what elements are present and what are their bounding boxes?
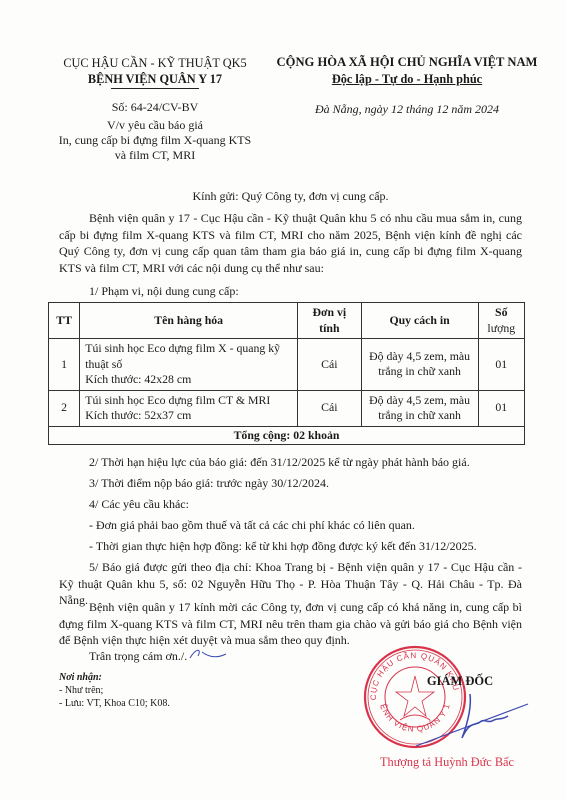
issuing-unit: BỆNH VIỆN QUÂN Y 17 xyxy=(30,71,280,87)
cell-name: Túi sinh học Eco dựng film X - quang kỹ … xyxy=(80,339,298,391)
subject-line: In, cung cấp bi đựng film X-quang KTS xyxy=(30,133,280,148)
recipients-block: Nơi nhận: - Như trên; - Lưu: VT, Khoa C1… xyxy=(59,671,170,710)
col-header-spec: Quy cách in xyxy=(361,303,478,339)
section-4-item: - Thời gian thực hiện hợp đồng: kể từ kh… xyxy=(59,538,522,555)
handwritten-signature-icon xyxy=(410,690,530,750)
document-page: CỤC HẬU CẦN - KỸ THUẬT QK5 BỆNH VIỆN QUÂ… xyxy=(0,0,566,800)
signature-block: CỤC HẬU CẦN QUÂN KHU 5 BỆNH VIỆN QUÂN Y … xyxy=(360,660,530,780)
issuer-header: CỤC HẬU CẦN - KỸ THUẬT QK5 BỆNH VIỆN QUÂ… xyxy=(30,55,280,163)
document-subject: V/v yêu cầu báo giá In, cung cấp bi đựng… xyxy=(30,118,280,163)
col-header-qty: Số lượng xyxy=(478,303,524,339)
section-4-heading: 4/ Các yêu cầu khác: xyxy=(59,496,522,513)
section-3: 3/ Thời điểm nộp báo giá: trước ngày 30/… xyxy=(59,475,522,492)
recipients-title: Nơi nhận: xyxy=(59,671,170,684)
cell-spec: Độ dày 4,5 zem, màu trắng in chữ xanh xyxy=(361,390,478,426)
section-2: 2/ Thời hạn hiệu lực của báo giá: đến 31… xyxy=(59,454,522,471)
national-title: CỘNG HÒA XÃ HỘI CHỦ NGHĨA VIỆT NAM xyxy=(262,55,552,70)
cell-tt: 2 xyxy=(49,390,80,426)
document-number: Số: 64-24/CV-BV xyxy=(30,99,280,115)
intro-paragraph: Bệnh viện quân y 17 - Cục Hậu cần - Kỹ t… xyxy=(59,210,522,276)
section-4-item: - Đơn giá phải bao gồm thuế và tất cả cá… xyxy=(59,517,522,534)
header-underline xyxy=(111,88,199,89)
total-cell: Tổng cộng: 02 khoản xyxy=(49,426,525,445)
greeting: Kính gửi: Quý Công ty, đơn vị cung cấp. xyxy=(59,189,522,204)
subject-line: V/v yêu cầu báo giá xyxy=(30,118,280,133)
cell-qty: 01 xyxy=(478,390,524,426)
national-header: CỘNG HÒA XÃ HỘI CHỦ NGHĨA VIỆT NAM Độc l… xyxy=(262,55,552,117)
recipient-item: - Lưu: VT, Khoa C10; K08. xyxy=(59,697,170,710)
recipient-item: - Như trên; xyxy=(59,684,170,697)
subject-line: và film CT, MRI xyxy=(30,148,280,163)
col-header-unit: Đơn vị tính xyxy=(298,303,362,339)
col-header-tt: TT xyxy=(49,303,80,339)
col-header-name: Tên hàng hóa xyxy=(80,303,298,339)
cell-spec: Độ dày 4,5 zem, màu trắng in chữ xanh xyxy=(361,339,478,391)
national-motto: Độc lập - Tự do - Hạnh phúc xyxy=(262,72,552,87)
signer-title: GIÁM ĐỐC xyxy=(405,674,515,689)
place-date: Đà Nẵng, ngày 12 tháng 12 năm 2024 xyxy=(262,102,552,117)
cell-unit: Cái xyxy=(298,339,362,391)
table-row: 2 Túi sinh học Eco dựng film CT & MRI Kí… xyxy=(49,390,525,426)
cell-tt: 1 xyxy=(49,339,80,391)
section-1-heading: 1/ Phạm vi, nội dung cung cấp: xyxy=(59,283,522,300)
cell-qty: 01 xyxy=(478,339,524,391)
parent-organization: CỤC HẬU CẦN - KỸ THUẬT QK5 xyxy=(30,55,280,71)
table-header-row: TT Tên hàng hóa Đơn vị tính Quy cách in … xyxy=(49,303,525,339)
signer-name: Thượng tá Huỳnh Đức Bấc xyxy=(362,755,532,770)
items-table: TT Tên hàng hóa Đơn vị tính Quy cách in … xyxy=(48,302,525,445)
table-row: 1 Túi sinh học Eco dựng film X - quang k… xyxy=(49,339,525,391)
initial-mark-icon xyxy=(188,646,228,662)
cell-unit: Cái xyxy=(298,390,362,426)
table-total-row: Tổng cộng: 02 khoản xyxy=(49,426,525,445)
cell-name: Túi sinh học Eco dựng film CT & MRI Kích… xyxy=(80,390,298,426)
